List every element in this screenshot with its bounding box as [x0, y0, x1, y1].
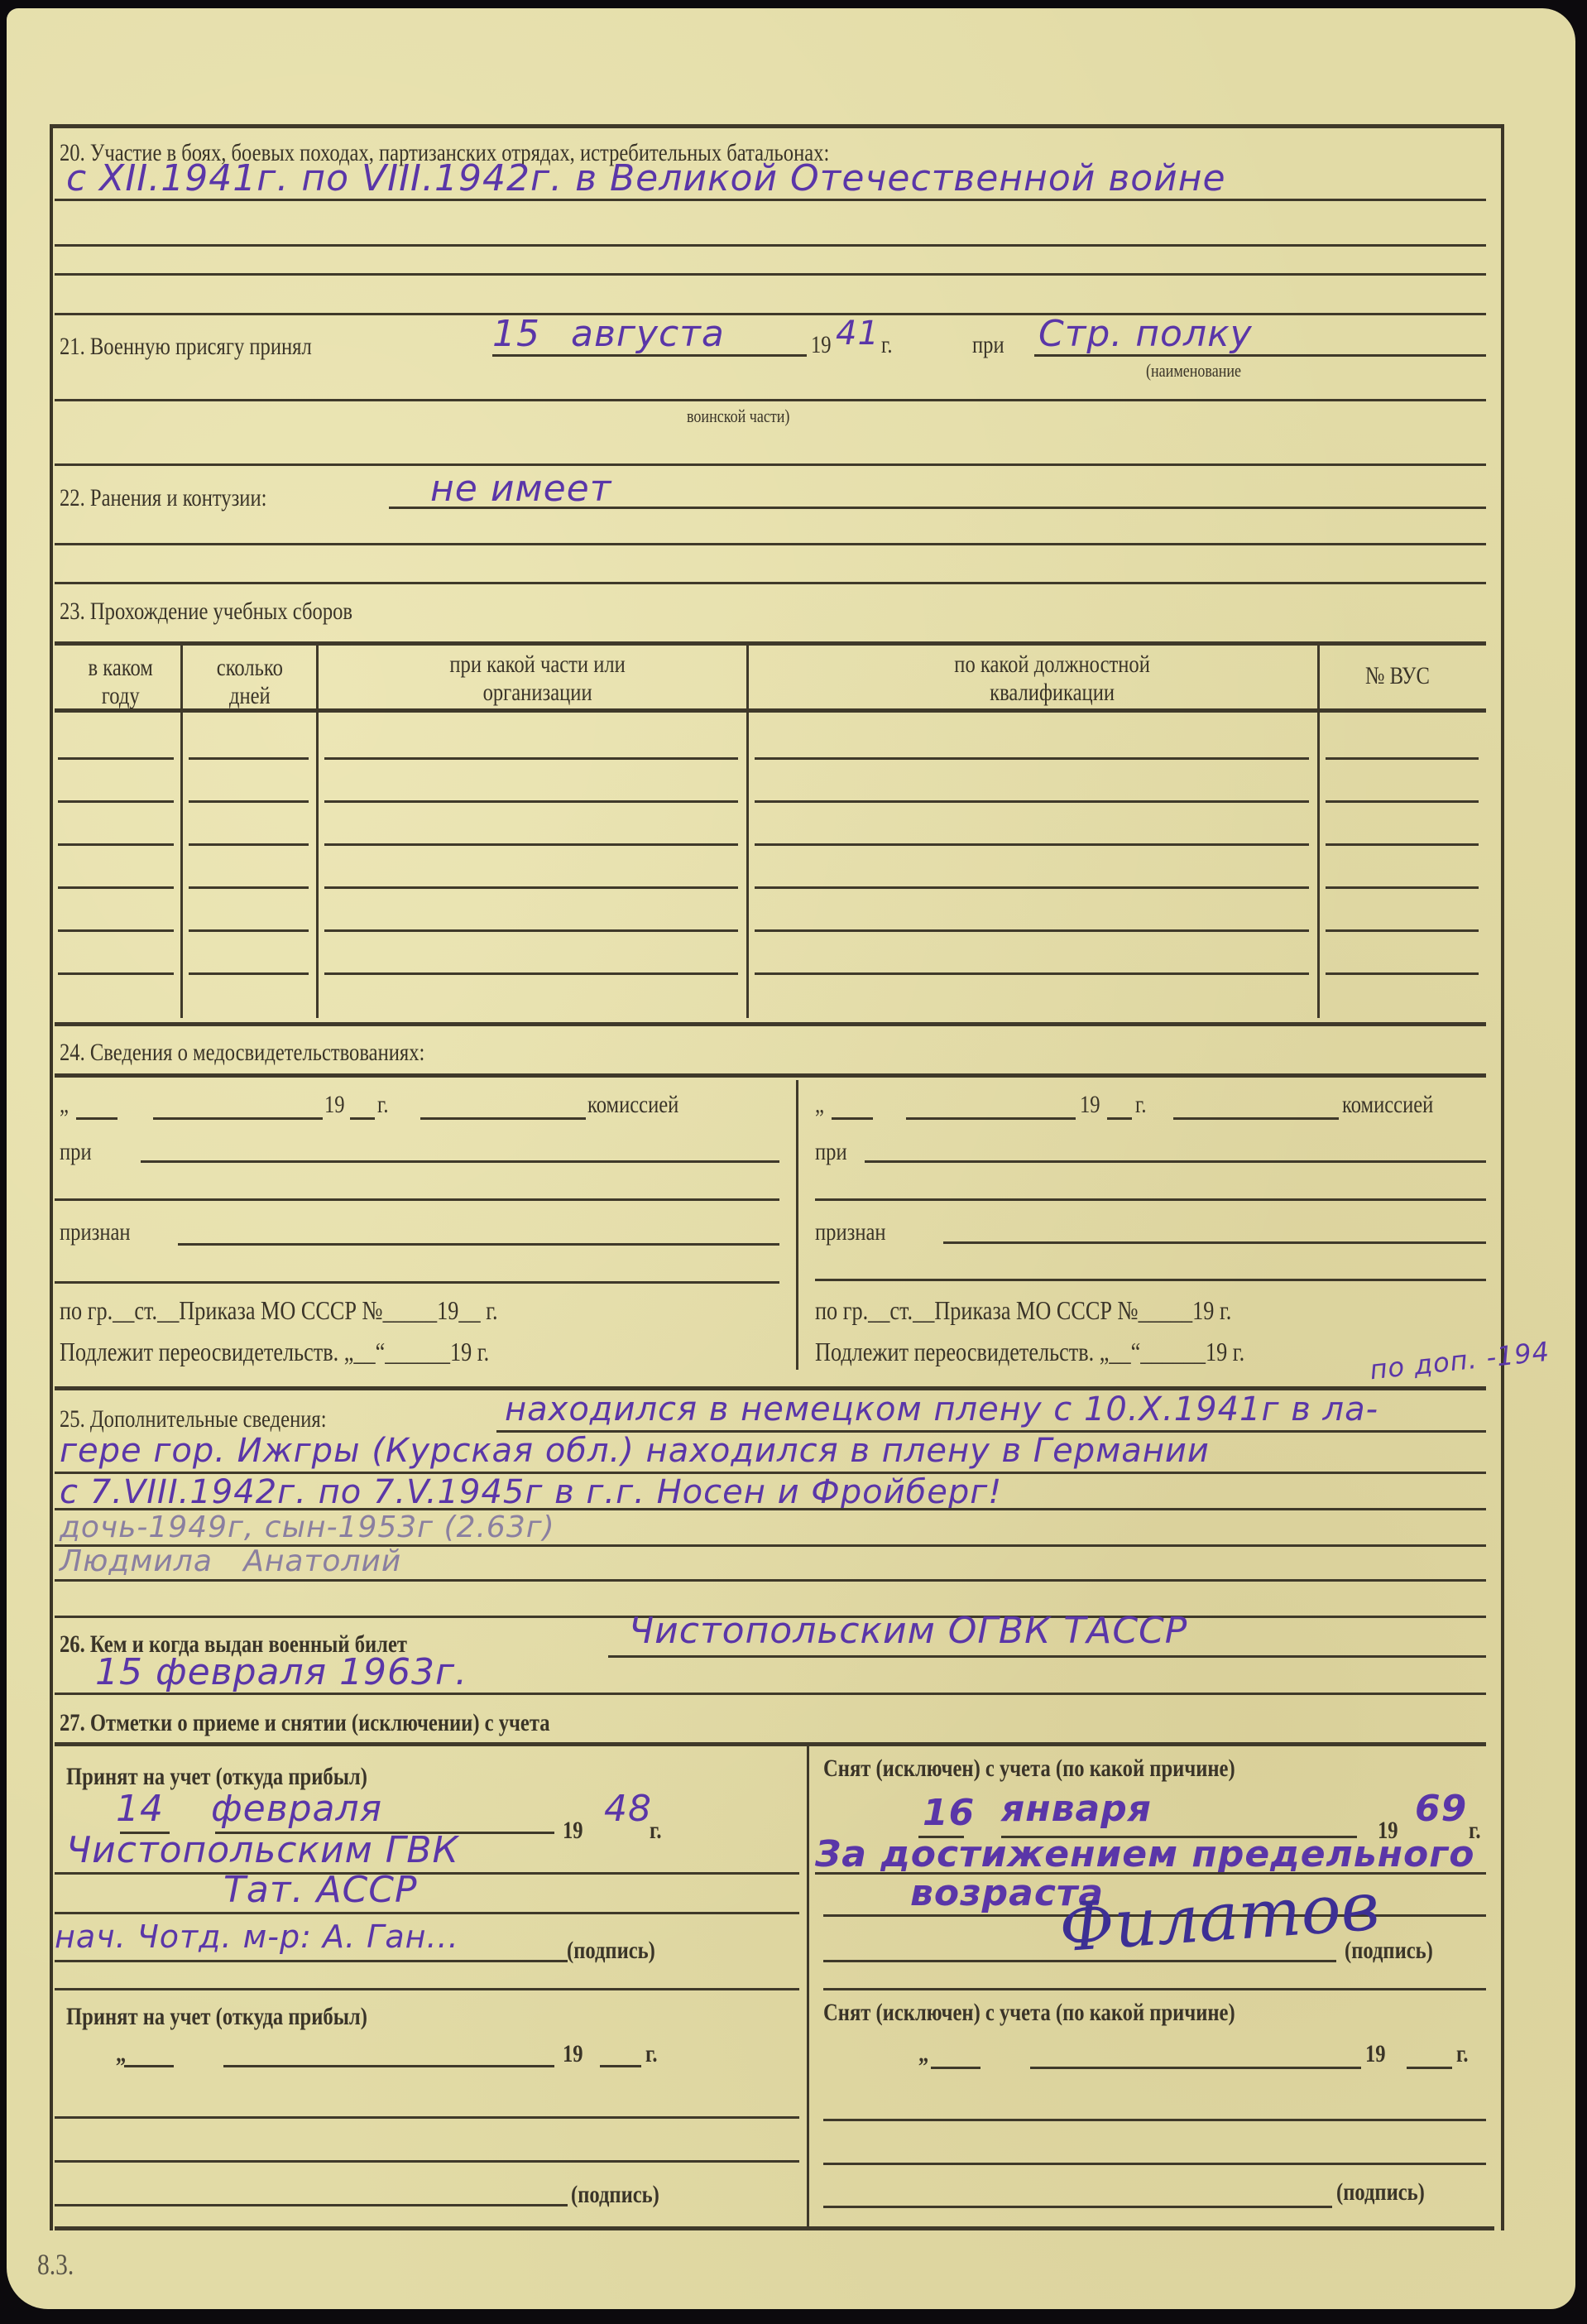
table-cell-blank[interactable] — [1326, 757, 1479, 760]
blank — [600, 2065, 641, 2067]
accepted2-year-unit: г. — [645, 2040, 658, 2068]
col-header-qualification: по какой должностной квалификации — [794, 651, 1310, 707]
accepted1-year-suffix[interactable]: 48 — [604, 1788, 652, 1830]
rule — [55, 199, 1486, 201]
accepted2-label: Принят на учет (откуда прибыл) — [66, 2003, 367, 2031]
oath-caption-2: воинской части) — [687, 406, 789, 427]
med-right-year-prefix: 19 — [1080, 1091, 1100, 1119]
col-divider — [316, 646, 319, 1018]
blank — [141, 1160, 779, 1163]
blank — [1107, 1117, 1132, 1120]
table-cell-blank[interactable] — [755, 757, 1309, 760]
accepted1-year-unit: г. — [650, 1817, 662, 1845]
table-cell-blank[interactable] — [324, 886, 738, 889]
rule — [823, 2119, 1486, 2121]
blank — [420, 1117, 586, 1120]
accepted2-signature-caption: (подпись) — [571, 2181, 659, 2209]
table-cell-blank[interactable] — [58, 800, 174, 803]
item26-line-1[interactable]: Чистопольским ОГВК ТАССР — [629, 1610, 1187, 1652]
med-right-at: при — [815, 1138, 847, 1166]
removed2-year-prefix: 19 — [1365, 2040, 1386, 2068]
table-cell-blank[interactable] — [1326, 843, 1479, 846]
table-cell-blank[interactable] — [189, 886, 309, 889]
rule — [55, 1912, 799, 1914]
rule — [55, 2116, 799, 2119]
accepted1-year-prefix: 19 — [563, 1817, 583, 1845]
col-divider — [807, 1746, 809, 2226]
rule — [823, 1988, 1486, 1990]
table-cell-blank[interactable] — [755, 929, 1309, 932]
table-cell-blank[interactable] — [58, 757, 174, 760]
table-cell-blank[interactable] — [189, 757, 309, 760]
col-header-days: сколько дней — [187, 654, 313, 710]
removed1-label: Снят (исключен) с учета (по какой причин… — [823, 1755, 1235, 1783]
col-divider — [746, 646, 749, 1018]
signature-line — [55, 2204, 568, 2206]
med-right-recognized: признан — [815, 1218, 886, 1246]
table-cell-blank[interactable] — [1326, 800, 1479, 803]
col-header-line: при какой части или — [348, 651, 727, 679]
table-cell-blank[interactable] — [189, 972, 309, 975]
accepted1-line-2[interactable]: Тат. АССР — [223, 1869, 418, 1911]
blank — [76, 1117, 117, 1120]
table-cell-blank[interactable] — [755, 972, 1309, 975]
table-cell-blank[interactable] — [1326, 929, 1479, 932]
removed2-label: Снят (исключен) с учета (по какой причин… — [823, 1999, 1235, 2027]
col-header-line: сколько — [187, 654, 313, 682]
removed2-quote: „ — [918, 2040, 928, 2068]
accepted2-year-prefix: 19 — [563, 2040, 583, 2068]
table-cell-blank[interactable] — [324, 843, 738, 846]
oath-at-label: при — [972, 331, 1004, 359]
rule — [55, 463, 1486, 466]
top-border — [50, 124, 1501, 128]
rule — [55, 1742, 1486, 1746]
blank — [943, 1241, 1486, 1244]
rule — [492, 354, 807, 357]
removed1-month[interactable]: января — [1001, 1788, 1152, 1830]
col-header-line: организации — [348, 679, 727, 707]
rule — [55, 1988, 799, 1990]
col-header-line: квалификации — [794, 679, 1310, 707]
removed1-day[interactable]: 16 — [923, 1792, 975, 1834]
col-header-line: дней — [187, 682, 313, 710]
item25-line-5[interactable]: Людмила Анатолий — [60, 1544, 401, 1578]
rule — [55, 2160, 799, 2163]
blank — [815, 1198, 1486, 1201]
table-cell-blank[interactable] — [58, 929, 174, 932]
med-left-recognized: признан — [60, 1218, 131, 1246]
accepted1-line-1[interactable]: Чистопольским ГВК — [66, 1829, 459, 1871]
signature-line — [823, 1960, 1336, 1962]
rule — [389, 507, 1486, 509]
blank — [815, 1279, 1486, 1281]
med-left-quote: „ — [60, 1091, 69, 1119]
blank — [931, 2067, 980, 2069]
accepted1-signature-caption: (подпись) — [567, 1937, 655, 1965]
rule — [55, 1693, 1486, 1695]
item26-line-2[interactable]: 15 февраля 1963г. — [95, 1651, 467, 1693]
removed2-year-unit: г. — [1456, 2040, 1469, 2068]
corner-note: 8.3. — [37, 2247, 74, 2282]
rule — [55, 582, 1486, 584]
table-top-rule — [55, 641, 1486, 646]
table-cell-blank[interactable] — [324, 800, 738, 803]
blank — [832, 1117, 873, 1120]
med-left-year-unit: г. — [377, 1091, 388, 1119]
table-cell-blank[interactable] — [755, 800, 1309, 803]
col-header-line: по какой должностной — [794, 651, 1310, 679]
accepted1-day[interactable]: 14 — [116, 1788, 164, 1830]
accepted2-quote: „ — [116, 2040, 126, 2068]
blank — [1173, 1117, 1339, 1120]
signature-line — [823, 2206, 1332, 2208]
table-cell-blank[interactable] — [189, 843, 309, 846]
accepted1-month[interactable]: февраля — [211, 1788, 382, 1830]
item23-label: 23. Прохождение учебных сборов — [60, 598, 352, 626]
rule — [55, 399, 1486, 401]
table-cell-blank[interactable] — [58, 843, 174, 846]
table-cell-blank[interactable] — [189, 800, 309, 803]
col-divider — [180, 646, 183, 1018]
blank — [906, 1117, 1076, 1120]
table-cell-blank[interactable] — [324, 972, 738, 975]
item24-label: 24. Сведения о медосвидетельствованиях: — [60, 1039, 424, 1067]
oath-month[interactable]: августа — [571, 313, 725, 355]
accepted1-line-3[interactable]: нач. Чотд. м-р: А. Ган... — [55, 1918, 459, 1955]
table-cell-blank[interactable] — [324, 757, 738, 760]
col-header-line: в каком — [63, 654, 178, 682]
table-cell-blank[interactable] — [755, 843, 1309, 846]
rule — [55, 273, 1486, 276]
item25-line-1[interactable]: находился в немецком плену с 10.X.1941г … — [505, 1390, 1378, 1428]
med-left-reexam: Подлежит переосвидетельств. „__“______19… — [60, 1337, 489, 1367]
item27-label: 27. Отметки о приеме и снятии (исключени… — [60, 1709, 550, 1737]
blank — [178, 1243, 779, 1246]
blank — [1407, 2067, 1452, 2069]
rule — [608, 1655, 1486, 1658]
removed1-year-suffix[interactable]: 69 — [1415, 1788, 1467, 1830]
table-cell-blank[interactable] — [324, 929, 738, 932]
med-right-year-unit: г. — [1135, 1091, 1146, 1119]
bottom-border — [55, 2226, 1494, 2230]
med-right-commission: комиссией — [1342, 1091, 1433, 1119]
rule — [55, 244, 1486, 247]
med-right-quote: „ — [815, 1091, 824, 1119]
rule — [823, 2163, 1486, 2165]
removed1-signature-caption: (подпись) — [1345, 1937, 1433, 1965]
item25-label: 25. Дополнительные сведения: — [60, 1405, 327, 1433]
accepted1-label: Принят на учет (откуда прибыл) — [66, 1763, 367, 1791]
table-cell-blank[interactable] — [755, 886, 1309, 889]
item22-value[interactable]: не имеет — [430, 468, 611, 510]
table-bottom-rule — [55, 1022, 1486, 1026]
item22-label: 22. Ранения и контузии: — [60, 484, 266, 512]
signature-line — [55, 1960, 568, 1962]
blank — [124, 2065, 174, 2067]
blank — [55, 1281, 779, 1284]
table-cell-blank[interactable] — [58, 972, 174, 975]
rule — [55, 1579, 1486, 1582]
item25-line-4[interactable]: дочь-1949г, сын-1953г (2.63г) — [60, 1510, 555, 1544]
oath-unit-value[interactable]: Стр. полку — [1038, 313, 1253, 355]
blank — [865, 1160, 1486, 1163]
col-header-unit: при какой части или организации — [348, 651, 727, 707]
oath-caption-1: (наименование — [1146, 360, 1241, 382]
item21-label: 21. Военную присягу принял — [60, 333, 312, 361]
oath-year-unit: г. — [881, 331, 892, 359]
item20-value[interactable]: с XII.1941г. по VIII.1942г. в Великой От… — [66, 157, 1226, 199]
col-header-line: году — [63, 682, 178, 710]
item25-line-2[interactable]: гере гор. Ижгры (Курская обл.) находился… — [60, 1432, 1210, 1470]
blank — [223, 2065, 554, 2067]
removed2-signature-caption: (подпись) — [1336, 2178, 1425, 2206]
med-right-order: по гр.__ст.__Приказа МО СССР №_____19 г. — [815, 1295, 1231, 1326]
rule — [55, 313, 1486, 315]
oath-day[interactable]: 15 — [492, 313, 540, 355]
table-cell-blank[interactable] — [1326, 972, 1479, 975]
med-left-at: при — [60, 1138, 92, 1166]
rule — [55, 1073, 1486, 1078]
blank — [153, 1117, 323, 1120]
blank — [1030, 2067, 1361, 2069]
rule — [1034, 354, 1486, 357]
med-left-year-prefix: 19 — [324, 1091, 345, 1119]
rule — [55, 1872, 799, 1875]
table-cell-blank[interactable] — [58, 886, 174, 889]
item25-line-3[interactable]: с 7.VIII.1942г. по 7.V.1945г в г.г. Носе… — [60, 1473, 1002, 1511]
table-cell-blank[interactable] — [1326, 886, 1479, 889]
col-divider — [796, 1080, 798, 1370]
col-header-year: в каком году — [63, 654, 178, 710]
col-header-vus: № ВУС — [1365, 662, 1430, 690]
med-right-reexam: Подлежит переосвидетельств. „__“______19… — [815, 1337, 1244, 1367]
med-left-order: по гр.__ст.__Приказа МО СССР №_____19__ … — [60, 1295, 498, 1326]
table-cell-blank[interactable] — [189, 929, 309, 932]
oath-year-suffix[interactable]: 41 — [836, 315, 880, 353]
blank — [350, 1117, 375, 1120]
med-left-commission: комиссией — [587, 1091, 678, 1119]
rule — [55, 543, 1486, 545]
oath-year-prefix: 19 — [811, 331, 832, 359]
col-divider — [1317, 646, 1320, 1018]
blank — [55, 1198, 779, 1201]
